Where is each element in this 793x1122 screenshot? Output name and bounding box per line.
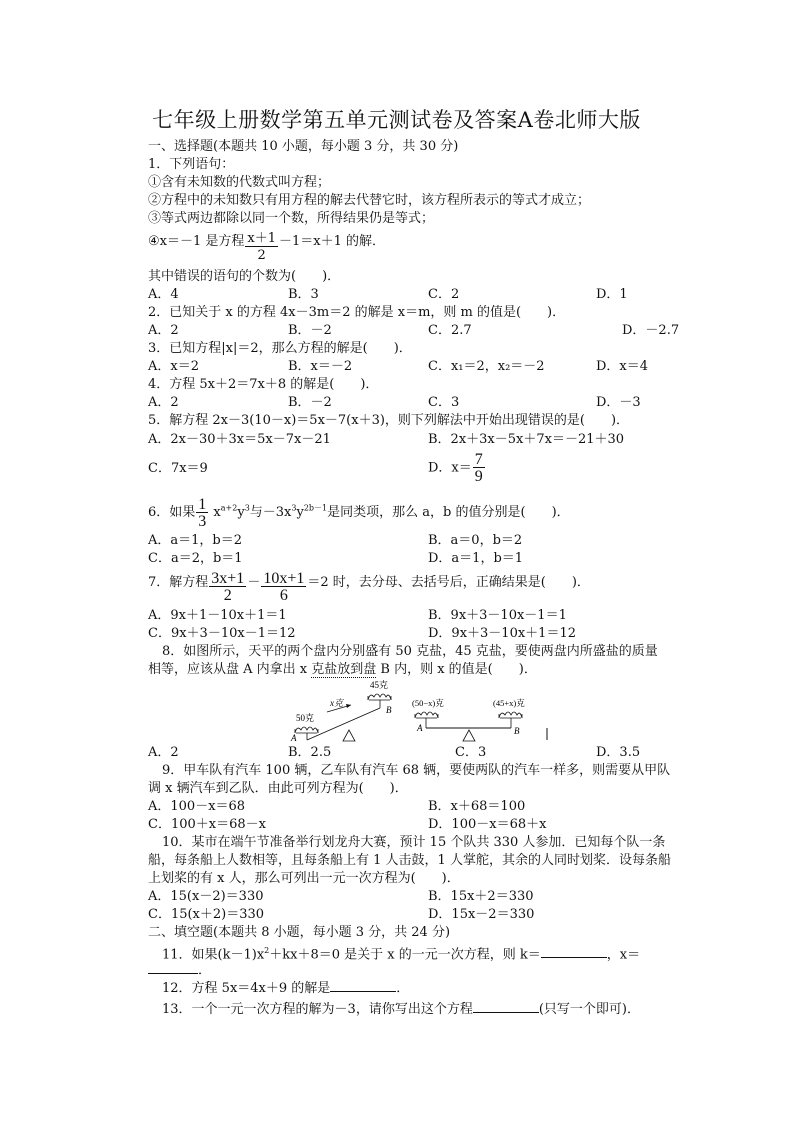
q7-option-c[interactable]: C．9x＋3－10x－1＝12 <box>148 626 296 642</box>
q10-option-b[interactable]: B．15x＋2＝330 <box>428 889 534 905</box>
q8-line2-prefix: 相等，应该从盘 A 内拿出 x <box>148 662 311 677</box>
q1-ask: 其中错误的语句的个数为( )． <box>148 269 340 285</box>
level-balance: (50−x)克 A (45+x)克 B <box>412 698 547 741</box>
q12-line: 12．方程 5x＝4x＋9 的解是． <box>162 979 409 997</box>
svg-text:45克: 45克 <box>370 679 388 690</box>
q3-option-c[interactable]: C．x₁＝2，x₂＝－2 <box>428 359 545 375</box>
svg-text:A: A <box>416 723 423 733</box>
q6-term2-y: y <box>296 505 303 520</box>
q10-line-1: 10．某市在端午节准备举行划龙舟大赛，预计 15 个队共 330 人参加．已知每… <box>162 835 665 851</box>
q9-option-b[interactable]: B．x＋68＝100 <box>428 799 525 815</box>
q9-line-1: 9．甲车队有汽车 100 辆，乙车队有汽车 68 辆，要使两队的汽车一样多，则需… <box>162 763 670 779</box>
q13-line: 13．一个一元一次方程的解为－3，请你写出这个方程(只写一个即可)． <box>162 1000 640 1018</box>
q12-blank[interactable] <box>330 979 396 992</box>
q6-option-b[interactable]: B．a＝0，b＝2 <box>428 533 522 549</box>
fraction-denominator: 9 <box>473 468 485 485</box>
q8-line-1: 8．如图所示，天平的两个盘内分别盛有 50 克盐，45 克盐，要使两盘内所盛盐的… <box>162 644 658 660</box>
q1-s4-suffix: －1＝x＋1 的解． <box>279 234 385 249</box>
q5-option-d-label: D．x＝ <box>428 461 472 476</box>
q4-option-a[interactable]: A．2 <box>148 395 179 411</box>
balance-figure: 45克 B x克 50克 A (50−x)克 <box>285 678 555 742</box>
svg-text:B: B <box>514 726 520 736</box>
q10-line-2: 船，每条船上人数相等，且每条船上有 1 人击鼓，1 人掌舵，其余的人同时划桨．设… <box>148 853 671 869</box>
q4-option-c[interactable]: C．3 <box>428 395 459 411</box>
q6-term1-xexp: a+2 <box>221 504 238 513</box>
fraction-numerator: 1 <box>196 497 208 513</box>
q7-option-b[interactable]: B．9x＋3－10x－1＝1 <box>428 608 567 624</box>
q7-prefix: 7．解方程 <box>148 575 208 590</box>
q1-option-d[interactable]: D．1 <box>596 287 628 303</box>
q11-line-2: ． <box>148 961 211 979</box>
q7-option-a[interactable]: A．9x＋1－10x＋1＝1 <box>148 608 287 624</box>
fraction-numerator: 10x+1 <box>261 571 306 587</box>
balance-scale-diagram: 45克 B x克 50克 A (50−x)克 <box>285 678 555 742</box>
q1-statement-1: ①含有未知数的代数式叫方程； <box>148 175 330 191</box>
q11-end: ． <box>198 963 211 978</box>
q3-option-b[interactable]: B．x＝－2 <box>288 359 352 375</box>
q2-option-d[interactable]: D．－2.7 <box>622 323 679 339</box>
q5-d-fraction: 79 <box>473 452 485 485</box>
q4-stem: 4．方程 5x＋2＝7x＋8 的解是( )． <box>148 377 378 393</box>
q8-line2-suffix: B 内，则 x 的值是( )． <box>376 662 537 677</box>
q6-prefix: 6．如果 <box>148 505 195 520</box>
q8-option-a[interactable]: A．2 <box>148 745 179 761</box>
q6-stem: 6．如果13 xa+2y3与－3x3y2b－1是同类项，那么 a，b 的值分别是… <box>148 497 570 530</box>
q5-option-a[interactable]: A．2x－30＋3x＝5x－7x－21 <box>148 432 331 448</box>
q1-statement-2: ②方程中的未知数只有用方程的解去代替它时，该方程所表示的等式才成立； <box>148 193 590 209</box>
q5-option-b[interactable]: B．2x＋3x－5x＋7x＝－21＋30 <box>428 432 624 448</box>
q11-x-blank[interactable] <box>148 961 198 974</box>
q12-end: ． <box>396 981 409 996</box>
fraction-denominator: 3 <box>196 513 208 530</box>
q3-option-d[interactable]: D．x＝4 <box>596 359 648 375</box>
q7-suffix: ＝2 时，去分母、去括号后，正确结果是( )． <box>307 575 590 590</box>
q6-term1-x: x <box>213 505 220 520</box>
fraction-numerator: x＋1 <box>245 231 278 247</box>
svg-text:x克: x克 <box>329 698 345 708</box>
q3-stem: 3．已知方程|x|＝2，那么方程的解是( )． <box>148 341 412 357</box>
page-title: 七年级上册数学第五单元测试卷及答案A卷北师大版 <box>0 104 793 134</box>
q5-option-d[interactable]: D．x＝79 <box>428 452 486 485</box>
svg-text:(50−x)克: (50−x)克 <box>412 698 444 708</box>
q13-prefix: 13．一个一元一次方程的解为－3，请你写出这个方程 <box>162 1002 473 1017</box>
q12-prefix: 12．方程 5x＝4x＋9 的解是 <box>162 981 330 996</box>
q9-option-d[interactable]: D．100－x＝68＋x <box>428 817 546 833</box>
q7-fraction-2: 10x+16 <box>261 571 306 604</box>
q5-option-c[interactable]: C．7x＝9 <box>148 461 208 477</box>
q11-line: 11．如果(k－1)x2＋kx＋8＝0 是关于 x 的一元一次方程，则 k＝，x… <box>162 943 640 963</box>
q11-mid: ＋kx＋8＝0 是关于 x 的一元一次方程，则 k＝ <box>269 947 541 962</box>
q9-line-2: 调 x 辆汽车到乙队．由此可列方程为( )． <box>148 781 408 797</box>
q1-fraction: x＋12 <box>245 231 278 264</box>
q2-stem: 2．已知关于 x 的方程 4x－3m＝2 的解是 x＝m，则 m 的值是( )． <box>148 305 565 321</box>
q7-option-d[interactable]: D．9x＋3－10x＋1＝12 <box>428 626 576 642</box>
q8-option-d[interactable]: D．3.5 <box>596 745 640 761</box>
q7-stem: 7．解方程3x+12－10x+16＝2 时，去分母、去括号后，正确结果是( )． <box>148 571 590 604</box>
q2-option-b[interactable]: B．－2 <box>288 323 332 339</box>
q10-option-d[interactable]: D．15x－2＝330 <box>428 907 534 923</box>
q7-minus: － <box>247 575 260 590</box>
q1-option-b[interactable]: B．3 <box>288 287 319 303</box>
q13-blank[interactable] <box>473 1000 539 1013</box>
q8-option-b[interactable]: B．2.5 <box>288 745 331 761</box>
q5-stem: 5．解方程 2x－3(10－x)＝5x－7(x＋3)，则下列解法中开始出现错误的… <box>148 413 629 429</box>
q1-statement-4: ④x＝－1 是方程x＋12－1＝x＋1 的解． <box>148 231 385 264</box>
q9-option-a[interactable]: A．100－x＝68 <box>148 799 245 815</box>
fraction-numerator: 3x+1 <box>209 571 246 587</box>
q10-option-a[interactable]: A．15(x－2)＝330 <box>148 889 264 905</box>
q10-line-3: 上划桨的有 x 人，那么可列出一元一次方程为( )． <box>148 871 460 887</box>
q6-option-c[interactable]: C．a＝2，b＝1 <box>148 551 243 567</box>
q11-mid2: ，x＝ <box>607 947 640 962</box>
q1-option-a[interactable]: A．4 <box>148 287 179 303</box>
svg-text:B: B <box>386 705 392 715</box>
q8-line-2: 相等，应该从盘 A 内拿出 x 克盐放到盘 B 内，则 x 的值是( )． <box>148 662 537 678</box>
fraction-denominator: 2 <box>245 247 278 264</box>
q2-option-a[interactable]: A．2 <box>148 323 179 339</box>
q1-s4-prefix: ④x＝－1 是方程 <box>148 234 244 249</box>
q6-fraction: 13 <box>196 497 208 530</box>
q2-option-c[interactable]: C．2.7 <box>428 323 472 339</box>
q4-option-d[interactable]: D．－3 <box>596 395 641 411</box>
svg-text:A: A <box>290 733 297 742</box>
q11-k-blank[interactable] <box>541 945 607 958</box>
q7-fraction-1: 3x+12 <box>209 571 246 604</box>
q9-option-c[interactable]: C．100＋x＝68－x <box>148 817 266 833</box>
fraction-denominator: 2 <box>209 587 246 604</box>
section1-heading: 一、选择题(本题共 10 小题，每小题 3 分，共 30 分) <box>148 139 458 155</box>
fraction-denominator: 6 <box>261 587 306 604</box>
q3-option-a[interactable]: A．x＝2 <box>148 359 199 375</box>
q6-term2-yexp: 2b－1 <box>304 504 327 513</box>
tilted-balance: 45克 B x克 50克 A <box>290 679 392 742</box>
q8-option-c[interactable]: C．3 <box>455 745 486 761</box>
q8-dotted-emphasis: 克盐放到盘 <box>311 662 376 678</box>
q13-end: (只写一个即可)． <box>539 1002 640 1017</box>
q6-option-d[interactable]: D．a＝1，b＝1 <box>428 551 523 567</box>
q1-stem: 1．下列语句： <box>148 157 234 173</box>
q4-option-b[interactable]: B．－2 <box>288 395 332 411</box>
q6-suffix: 是同类项，那么 a，b 的值分别是( )． <box>327 505 569 520</box>
q1-option-c[interactable]: C．2 <box>428 287 459 303</box>
q6-mid: 与－3x <box>250 505 292 520</box>
svg-text:(45+x)克: (45+x)克 <box>493 698 525 708</box>
q1-statement-3: ③等式两边都除以同一个数，所得结果仍是等式； <box>148 211 434 227</box>
svg-text:50克: 50克 <box>296 712 314 723</box>
q6-option-a[interactable]: A．a＝1，b＝2 <box>148 533 242 549</box>
fraction-numerator: 7 <box>473 452 485 468</box>
q6-term1-y: y <box>237 505 244 520</box>
section2-heading: 二、填空题(本题共 8 小题，每小题 3 分，共 24 分) <box>148 925 450 941</box>
document-page: 七年级上册数学第五单元测试卷及答案A卷北师大版 一、选择题(本题共 10 小题，… <box>0 0 793 1122</box>
q10-option-c[interactable]: C．15(x＋2)＝330 <box>148 907 264 923</box>
